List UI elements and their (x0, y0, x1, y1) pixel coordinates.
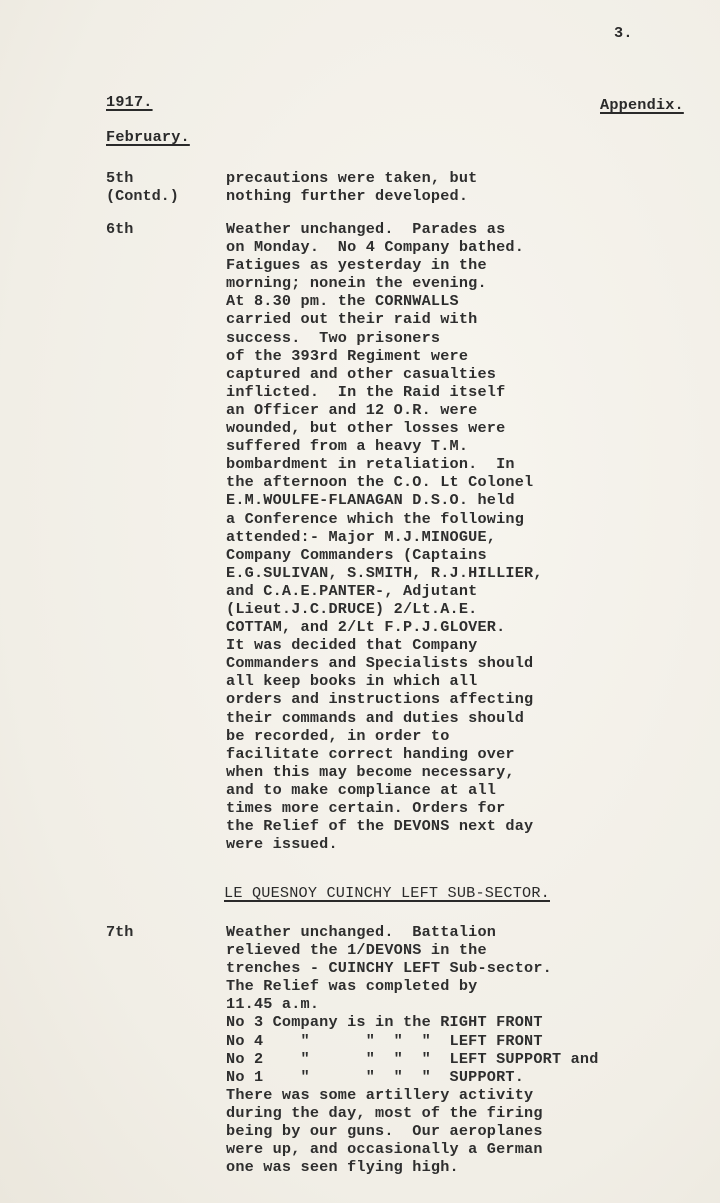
entry-date: 6th (106, 220, 133, 238)
entry-text: Weather unchanged. Battalion relieved th… (226, 923, 599, 1176)
entry-date: 7th (106, 923, 133, 941)
entry-text: precautions were taken, but nothing furt… (226, 169, 477, 205)
entry-text: Weather unchanged. Parades as on Monday.… (226, 220, 543, 853)
year-heading: 1917. (106, 93, 153, 111)
appendix-heading: Appendix. (600, 96, 684, 114)
section-heading: LE QUESNOY CUINCHY LEFT SUB-SECTOR. (224, 884, 550, 902)
document-page: 3. 1917. Appendix. February. 5th (Contd.… (0, 0, 720, 1203)
entry-date: 5th (Contd.) (106, 169, 179, 205)
page-number: 3. (614, 24, 633, 42)
month-heading: February. (106, 128, 190, 146)
